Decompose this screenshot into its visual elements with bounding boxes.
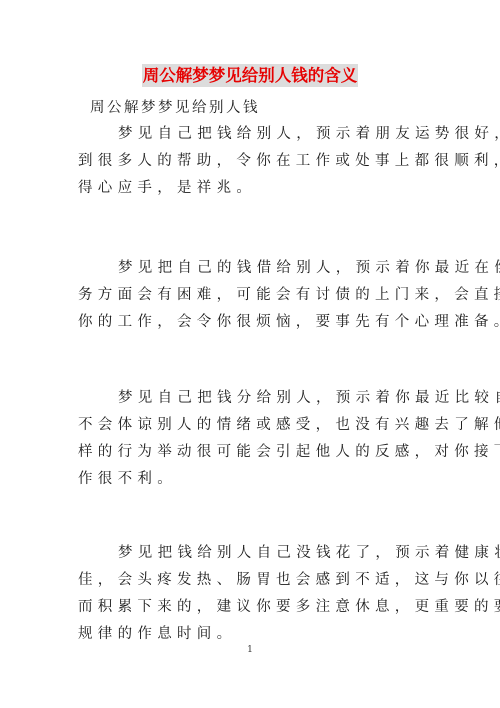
- document-title: 周公解梦梦见给别人钱的含义: [142, 64, 359, 87]
- paragraph-line: 佳，会头疼发热、肠胃也会感到不适，这与你以往不注意: [78, 567, 414, 594]
- paragraph-line: 而积累下来的，建议你要多注意休息，更重要的要有一个: [78, 594, 414, 621]
- paragraph-line: 得心应手，是祥兆。: [78, 175, 414, 202]
- paragraph-line: 务方面会有困难，可能会有讨债的上门来，会直接影响到: [78, 282, 414, 309]
- page-number: 1: [0, 644, 500, 656]
- paragraph-4: 梦见把钱给别人自己没钱花了，预示着健康状况不 佳，会头疼发热、肠胃也会感到不适，…: [78, 540, 414, 648]
- paragraph-line: 梦见把自己的钱借给别人，预示着你最近在偿还债: [78, 255, 414, 282]
- paragraph-line: 你的工作，会令你很烦恼，要事先有个心理准备。: [78, 309, 414, 336]
- paragraph-line: 梦见把钱给别人自己没钱花了，预示着健康状况不: [78, 540, 414, 567]
- paragraph-line: 梦见自己把钱给别人，预示着朋友运势很好，会得: [78, 121, 414, 148]
- subheading: 周公解梦梦见给别人钱: [90, 97, 260, 119]
- paragraph-2: 梦见把自己的钱借给别人，预示着你最近在偿还债 务方面会有困难，可能会有讨债的上门…: [78, 255, 414, 336]
- paragraph-line: 作很不利。: [78, 466, 414, 493]
- paragraph-line: 梦见自己把钱分给别人，预示着你最近比较自私，: [78, 385, 414, 412]
- paragraph-1: 梦见自己把钱给别人，预示着朋友运势很好，会得 到很多人的帮助，令你在工作或处事上…: [78, 121, 414, 202]
- paragraph-3: 梦见自己把钱分给别人，预示着你最近比较自私， 不会体谅别人的情绪或感受，也没有兴…: [78, 385, 414, 493]
- paragraph-line: 不会体谅别人的情绪或感受，也没有兴趣去了解他人，这: [78, 412, 414, 439]
- document-page: 周公解梦梦见给别人钱的含义 周公解梦梦见给别人钱 梦见自己把钱给别人，预示着朋友…: [0, 0, 500, 708]
- paragraph-line: 样的行为举动很可能会引起他人的反感，对你接下来的工: [78, 439, 414, 466]
- paragraph-line: 到很多人的帮助，令你在工作或处事上都很顺利，也能够: [78, 148, 414, 175]
- title-container: 周公解梦梦见给别人钱的含义: [0, 64, 500, 87]
